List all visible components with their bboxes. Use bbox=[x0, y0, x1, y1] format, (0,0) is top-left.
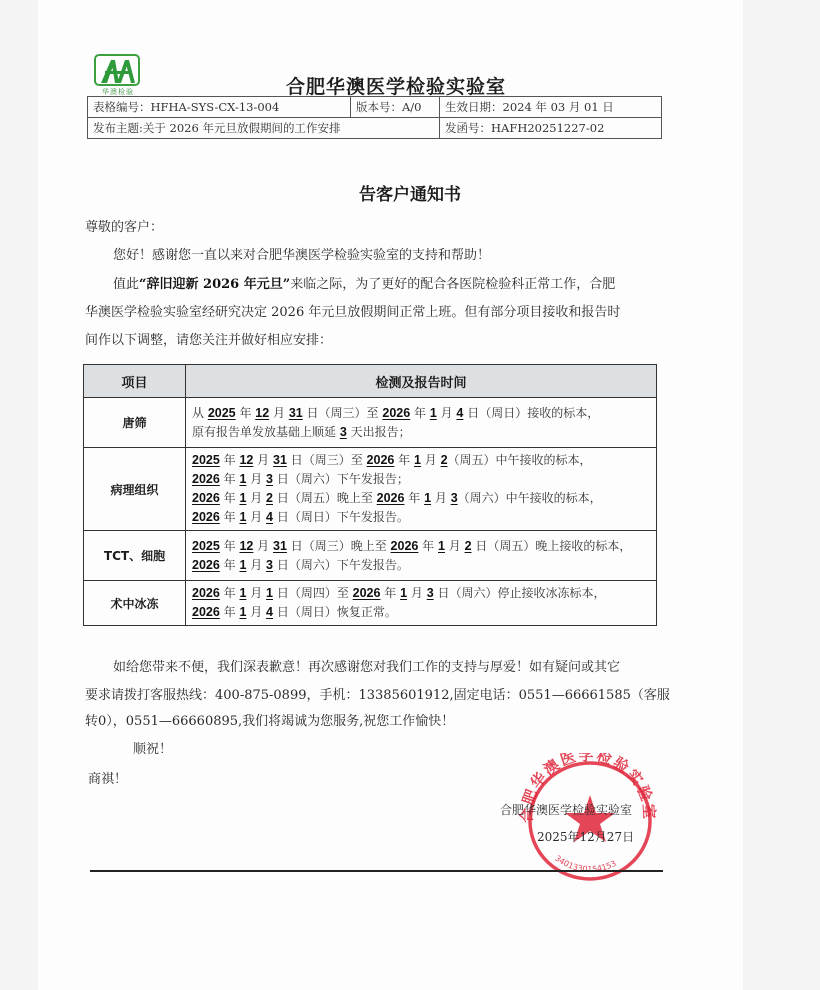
schedule-item: 病理组织 bbox=[84, 448, 186, 531]
document-info-table: 表格编号：HFHA-SYS-CX-13-004 版本号：A/0 生效日期：202… bbox=[87, 96, 662, 139]
date-number: 3 bbox=[266, 558, 273, 572]
schedule-detail-line: 2026 年 1 月 3 日（周六）下午发报告。 bbox=[192, 556, 650, 575]
date-number: 1 bbox=[414, 453, 421, 467]
date-number: 4 bbox=[266, 510, 273, 524]
date-number: 12 bbox=[239, 453, 253, 467]
date-number: 2026 bbox=[377, 491, 405, 505]
date-number: 2026 bbox=[382, 406, 410, 420]
date-number: 31 bbox=[273, 453, 287, 467]
schedule-row: 病理组织2025 年 12 月 31 日（周三）至 2026 年 1 月 2（周… bbox=[84, 448, 657, 531]
date-number: 2 bbox=[465, 539, 472, 553]
date-number: 2026 bbox=[192, 605, 220, 619]
date-number: 1 bbox=[239, 558, 246, 572]
date-number: 2026 bbox=[353, 586, 381, 600]
schedule-row: 唐筛从 2025 年 12 月 31 日（周三）至 2026 年 1 月 4 日… bbox=[84, 398, 657, 448]
logo-ha-icon bbox=[99, 58, 137, 84]
schedule-item: 唐筛 bbox=[84, 398, 186, 448]
intro-post: 来临之际，为了更好的配合各医院检验科正常工作，合肥 bbox=[290, 277, 615, 292]
date-number: 12 bbox=[255, 406, 269, 420]
schedule-table: 项目 检测及报告时间 唐筛从 2025 年 12 月 31 日（周三）至 202… bbox=[83, 364, 657, 626]
schedule-row: 术中冰冻2026 年 1 月 1 日（周四）至 2026 年 1 月 3 日（周… bbox=[84, 581, 657, 626]
version-number: 版本号：A/0 bbox=[351, 97, 440, 118]
schedule-detail: 从 2025 年 12 月 31 日（周三）至 2026 年 1 月 4 日（周… bbox=[186, 398, 657, 448]
header-item: 项目 bbox=[84, 365, 186, 398]
date-number: 2026 bbox=[192, 558, 220, 572]
schedule-detail: 2025 年 12 月 31 日（周三）至 2026 年 1 月 2（周五）中午… bbox=[186, 448, 657, 531]
greeting-paragraph: 您好！感谢您一直以来对合肥华澳医学检验实验室的支持和帮助！ bbox=[113, 244, 490, 263]
date-number: 1 bbox=[239, 491, 246, 505]
date-number: 2 bbox=[266, 491, 273, 505]
date-number: 1 bbox=[239, 510, 246, 524]
form-number: 表格编号：HFHA-SYS-CX-13-004 bbox=[88, 97, 351, 118]
date-number: 4 bbox=[266, 605, 273, 619]
date-number: 2026 bbox=[192, 491, 220, 505]
date-number: 2025 bbox=[208, 406, 236, 420]
schedule-detail-line: 2026 年 1 月 2 日（周五）晚上至 2026 年 1 月 3（周六）中午… bbox=[192, 489, 650, 508]
schedule-item: TCT、细胞 bbox=[84, 531, 186, 581]
schedule-row: TCT、细胞2025 年 12 月 31 日（周三）晚上至 2026 年 1 月… bbox=[84, 531, 657, 581]
effective-date: 生效日期：2024 年 03 月 01 日 bbox=[440, 97, 662, 118]
salutation: 尊敬的客户： bbox=[85, 216, 163, 235]
regards: 顺祝！ bbox=[133, 738, 172, 757]
schedule-detail-line: 原有报告单发放基础上顺延 3 天出报告； bbox=[192, 423, 650, 442]
schedule-detail-line: 2026 年 1 月 1 日（周四）至 2026 年 1 月 3 日（周六）停止… bbox=[192, 584, 650, 603]
intro-pre: 值此 bbox=[113, 277, 139, 292]
date-number: 1 bbox=[424, 491, 431, 505]
doc-number: 发函号：HAFH20251227-02 bbox=[440, 118, 662, 139]
date-number: 2026 bbox=[192, 472, 220, 486]
date-number: 2025 bbox=[192, 453, 220, 467]
date-number: 1 bbox=[438, 539, 445, 553]
date-number: 2026 bbox=[367, 453, 395, 467]
date-number: 1 bbox=[239, 605, 246, 619]
schedule-detail-line: 2026 年 1 月 4 日（周日）恢复正常。 bbox=[192, 603, 650, 622]
date-number: 2 bbox=[441, 453, 448, 467]
business-wish: 商祺！ bbox=[88, 768, 127, 787]
intro-paragraph-line1: 值此“辞旧迎新 2026 年元旦”来临之际，为了更好的配合各医院检验科正常工作，… bbox=[113, 273, 615, 292]
schedule-detail-line: 2026 年 1 月 4 日（周日）下午发报告。 bbox=[192, 508, 650, 527]
official-seal-icon: 合肥华澳医学检验实验室 3401330154153 bbox=[512, 753, 662, 883]
date-number: 3 bbox=[266, 472, 273, 486]
intro-paragraph-line2: 华澳医学检验实验室经研究决定 2026 年元旦放假期间正常上班。但有部分项目接收… bbox=[85, 301, 620, 320]
closing-line2: 要求请拨打客服热线：400-875-0899，手机：13385601912,固定… bbox=[85, 684, 670, 703]
date-number: 1 bbox=[239, 472, 246, 486]
date-number: 31 bbox=[289, 406, 303, 420]
signature-org: 合肥华澳医学检验实验室 bbox=[500, 801, 632, 818]
date-number: 4 bbox=[456, 406, 463, 420]
date-number: 3 bbox=[427, 586, 434, 600]
schedule-detail: 2025 年 12 月 31 日（周三）晚上至 2026 年 1 月 2 日（周… bbox=[186, 531, 657, 581]
date-number: 2025 bbox=[192, 539, 220, 553]
schedule-body: 唐筛从 2025 年 12 月 31 日（周三）至 2026 年 1 月 4 日… bbox=[84, 398, 657, 626]
org-title: 合肥华澳医学检验实验室 bbox=[286, 72, 506, 99]
schedule-detail-line: 从 2025 年 12 月 31 日（周三）至 2026 年 1 月 4 日（周… bbox=[192, 404, 650, 423]
date-number: 2026 bbox=[192, 510, 220, 524]
schedule-detail-line: 2025 年 12 月 31 日（周三）晚上至 2026 年 1 月 2 日（周… bbox=[192, 537, 650, 556]
date-number: 1 bbox=[239, 586, 246, 600]
schedule-detail-line: 2026 年 1 月 3 日（周六）下午发报告； bbox=[192, 470, 650, 489]
date-number: 2026 bbox=[192, 586, 220, 600]
lab-logo bbox=[94, 54, 140, 86]
date-number: 31 bbox=[273, 539, 287, 553]
holiday-highlight: “辞旧迎新 2026 年元旦” bbox=[139, 277, 290, 292]
footer-divider bbox=[90, 870, 663, 872]
date-number: 2026 bbox=[391, 539, 419, 553]
date-number: 1 bbox=[430, 406, 437, 420]
date-number: 3 bbox=[340, 425, 347, 439]
date-number: 3 bbox=[451, 491, 458, 505]
header-schedule: 检测及报告时间 bbox=[186, 365, 657, 398]
intro-paragraph-line3: 间作以下调整，请您关注并做好相应安排： bbox=[85, 329, 332, 348]
subject: 发布主题:关于 2026 年元旦放假期间的工作安排 bbox=[88, 118, 440, 139]
closing-line3: 转0），0551—66660895,我们将竭诚为您服务,祝您工作愉快！ bbox=[85, 710, 454, 729]
date-number: 1 bbox=[400, 586, 407, 600]
signature-date: 2025年12月27日 bbox=[537, 828, 634, 845]
date-number: 12 bbox=[239, 539, 253, 553]
schedule-detail-line: 2025 年 12 月 31 日（周三）至 2026 年 1 月 2（周五）中午… bbox=[192, 451, 650, 470]
closing-line1: 如给您带来不便，我们深表歉意！再次感谢您对我们工作的支持与厚爱！如有疑问或其它 bbox=[113, 656, 620, 675]
notice-title: 告客户通知书 bbox=[0, 180, 820, 205]
date-number: 1 bbox=[266, 586, 273, 600]
schedule-item: 术中冰冻 bbox=[84, 581, 186, 626]
schedule-detail: 2026 年 1 月 1 日（周四）至 2026 年 1 月 3 日（周六）停止… bbox=[186, 581, 657, 626]
